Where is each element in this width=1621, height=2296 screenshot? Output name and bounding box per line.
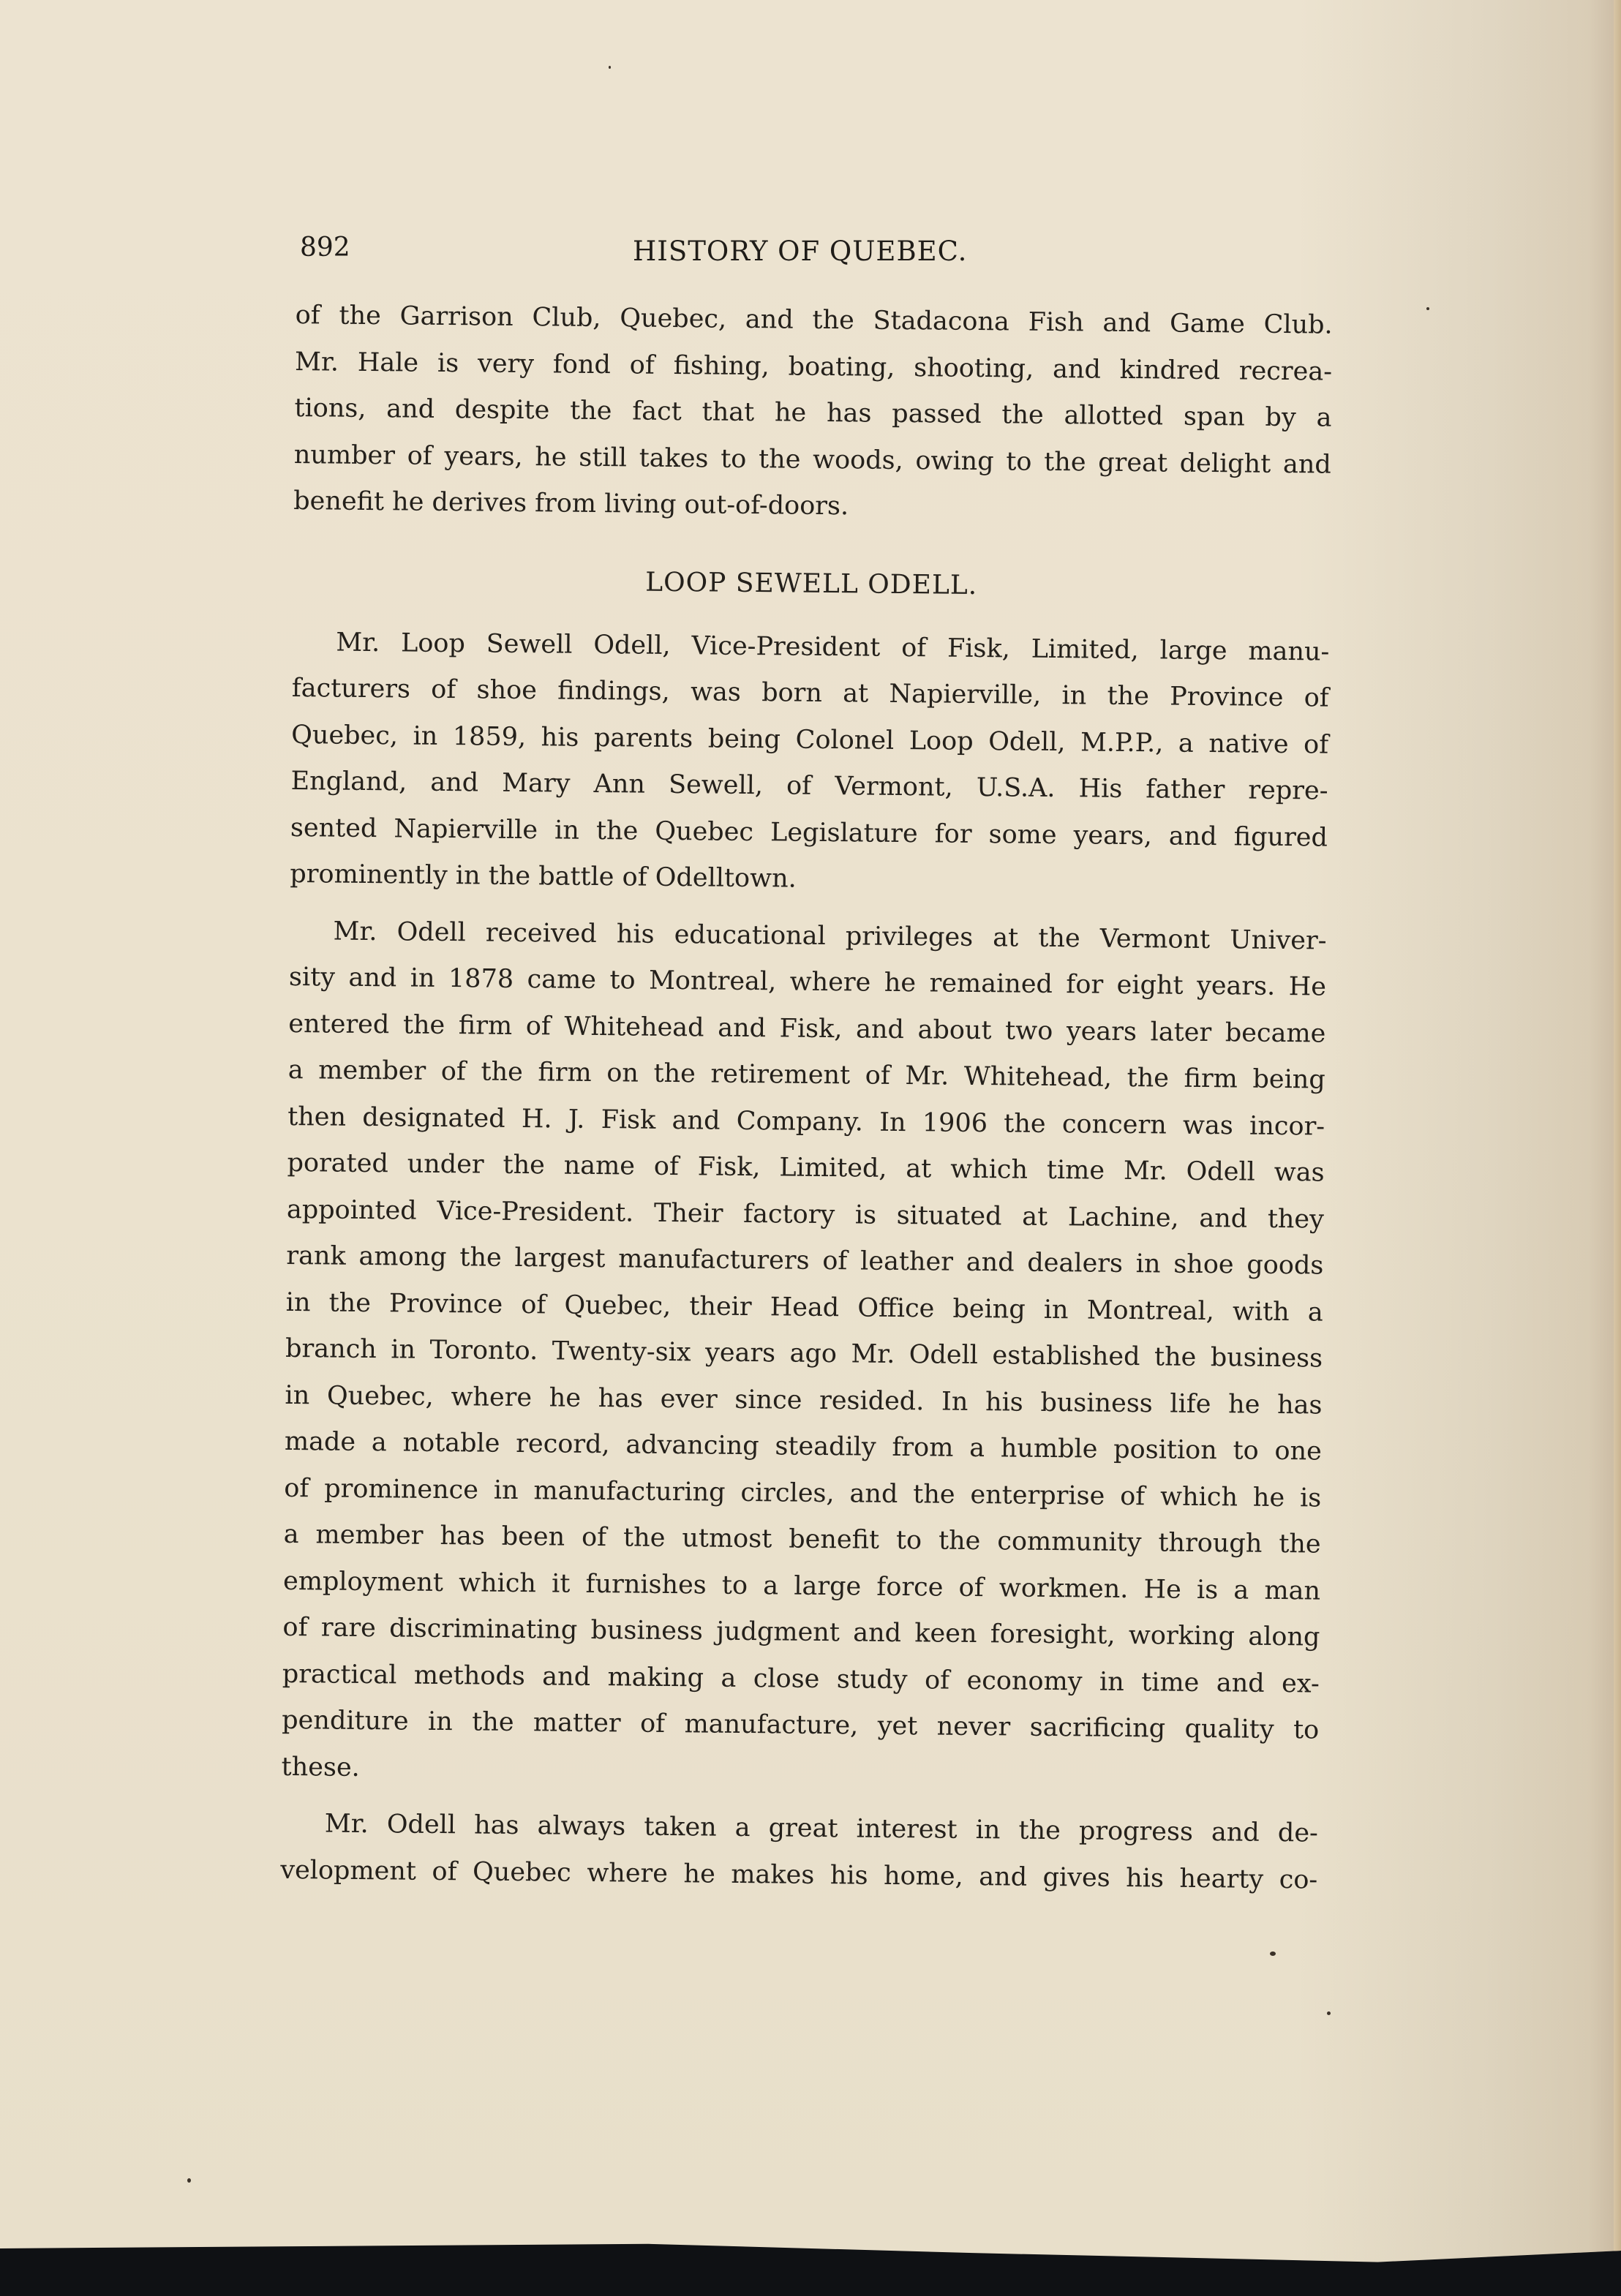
paper-speck [1270, 1951, 1276, 1956]
paper-page: 892 HISTORY OF QUEBEC. of the Garrison C… [0, 0, 1621, 2271]
scanned-book-page: 892 HISTORY OF QUEBEC. of the Garrison C… [0, 0, 1621, 2296]
body-text: of the Garrison Club, Quebec, and the St… [280, 293, 1333, 1904]
page-number: 892 [300, 233, 350, 263]
section-heading: LOOP SEWELL ODELL. [293, 555, 1331, 611]
text-line: penditure in the matter of manufacture, … [282, 1698, 1320, 1754]
paragraph-1: Mr. Loop Sewell Odell, Vice-President of… [290, 619, 1330, 908]
paper-speck [1327, 2011, 1331, 2015]
continuation-paragraph: of the Garrison Club, Quebec, and the St… [293, 293, 1333, 535]
paper-speck [187, 2178, 191, 2183]
text-line: velopment of Quebec where he makes his h… [280, 1847, 1318, 1903]
paper-speck [609, 66, 611, 69]
paragraph-3: Mr. Odell has always taken a great inter… [280, 1801, 1318, 1904]
paper-speck [1426, 307, 1429, 310]
page-edge [1614, 0, 1621, 2271]
running-title: HISTORY OF QUEBEC. [633, 236, 967, 267]
paragraph-2: Mr. Odell received his educational privi… [281, 908, 1327, 1800]
running-head: 892 HISTORY OF QUEBEC. [300, 233, 1339, 276]
